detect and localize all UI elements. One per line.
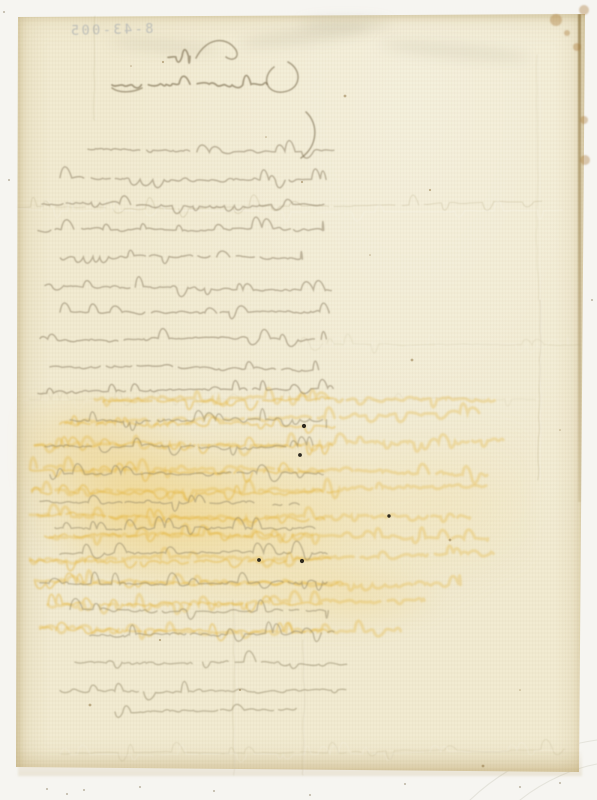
scanned-document: { "scan": { "content": "verso of a handw… xyxy=(0,0,597,800)
handwriting-bleedthrough xyxy=(0,0,597,800)
